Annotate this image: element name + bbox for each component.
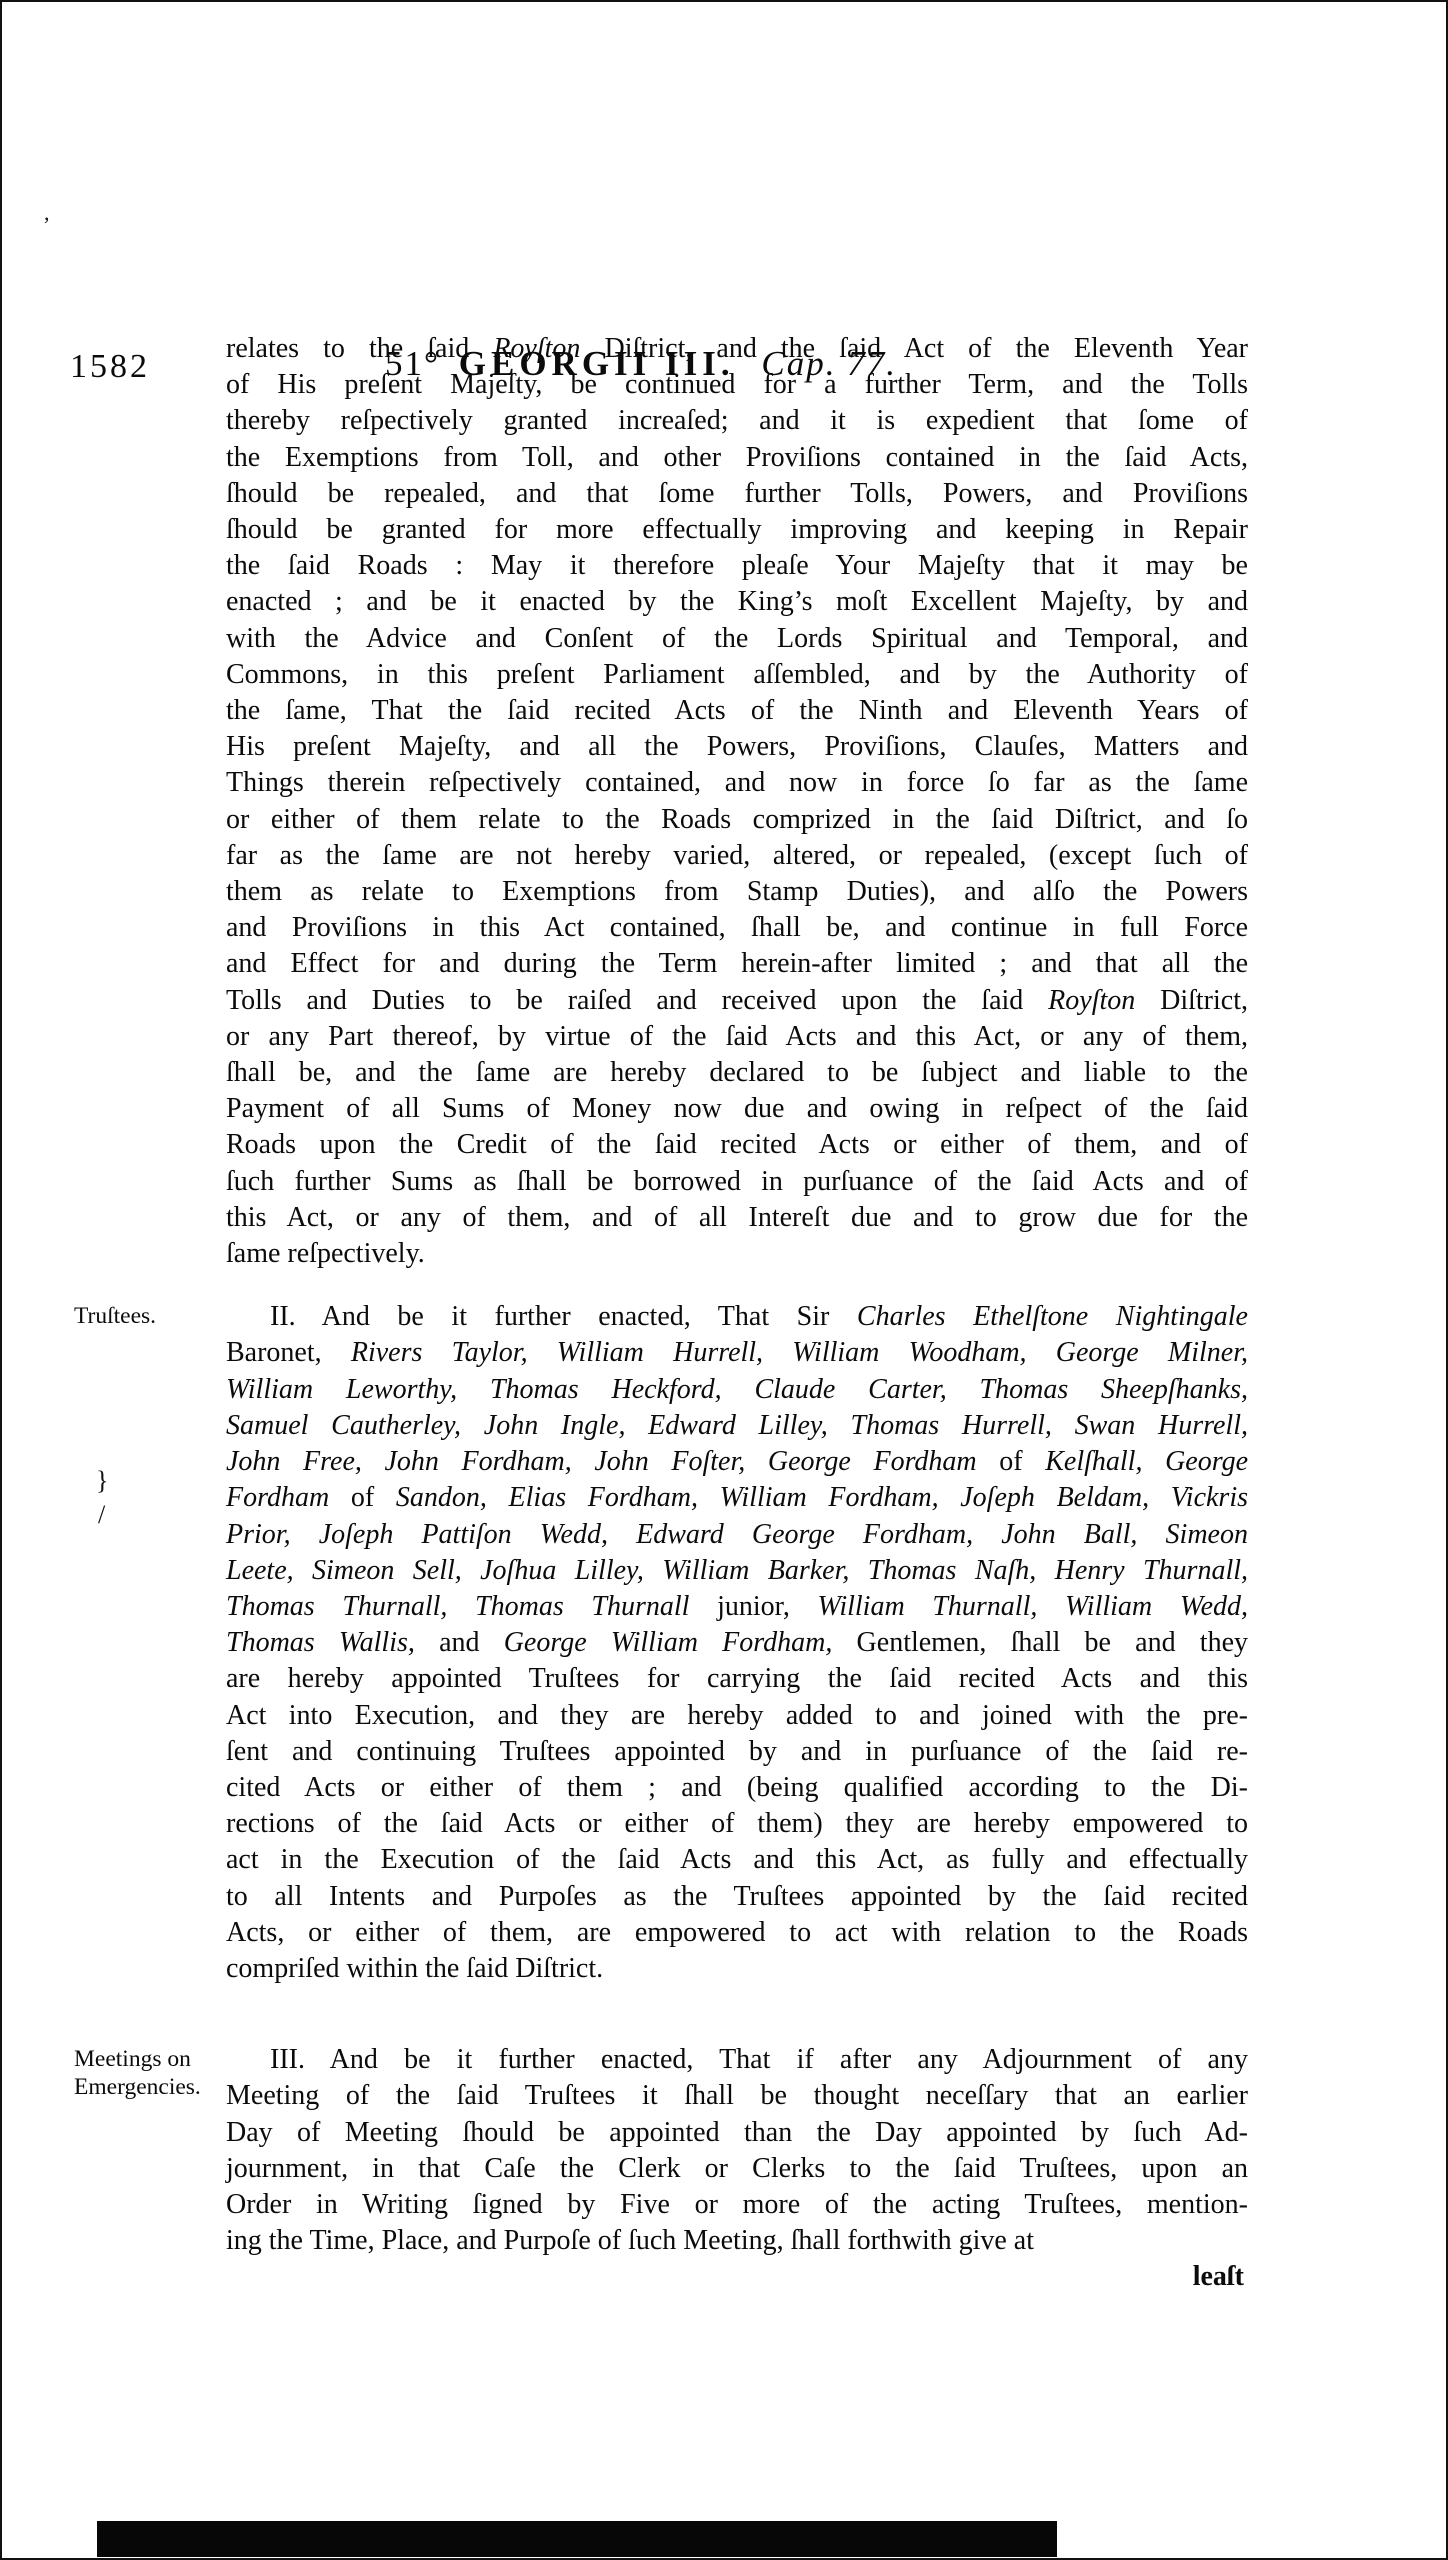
italic-name-text: Leete, Simeon Sell, Joſhua Lilley, Willi… xyxy=(226,1555,1248,1586)
text-line: Fordham of Sandon, Elias Fordham, Willia… xyxy=(226,1480,1248,1516)
italic-name-text: Samuel Cautherley, John Ingle, Edward Li… xyxy=(226,1410,1248,1441)
text-line: journment, in that Caſe the Clerk or Cle… xyxy=(226,2151,1248,2187)
text-line: the ſaid Roads : May it therefore pleaſe… xyxy=(226,548,1248,584)
scan-speck: } xyxy=(96,1466,108,1496)
paragraph-section-continuation: relates to the ſaid Royſton Diſtrict, an… xyxy=(226,331,1248,1272)
body-text: ſhould be granted for more effectually i… xyxy=(226,514,1248,545)
sidenote-section-III-meetings: Meetings onEmergencies. xyxy=(74,2046,216,2101)
text-line: ſame reſpectively. xyxy=(226,1236,1248,1272)
body-text: Roads upon the Credit of the ſaid recite… xyxy=(226,1129,1248,1160)
text-line: with the Advice and Conſent of the Lords… xyxy=(226,621,1248,657)
text-line: Roads upon the Credit of the ſaid recite… xyxy=(226,1127,1248,1163)
catchword: leaſt xyxy=(226,2259,1248,2295)
body-text: or any Part thereof, by virtue of the ſa… xyxy=(226,1021,1248,1052)
body-text: rections of the ſaid Acts or either of t… xyxy=(226,1808,1248,1839)
italic-name-text: Charles Ethelſtone Nightingale xyxy=(857,1301,1248,1332)
text-line: ing the Time, Place, and Purpoſe of ſuch… xyxy=(226,2223,1248,2259)
sidenote-line: Meetings on xyxy=(74,2046,216,2074)
text-line: of His preſent Majeſty, be continued for… xyxy=(226,367,1248,403)
body-text: Things therein reſpectively contained, a… xyxy=(226,767,1248,798)
text-line: Tolls and Duties to be raiſed and receiv… xyxy=(226,983,1248,1019)
body-text: of xyxy=(329,1482,396,1513)
body-text: ſame reſpectively. xyxy=(226,1238,425,1269)
italic-name-text: Royſton xyxy=(493,333,580,364)
text-line: ſhall be, and the ſame are hereby declar… xyxy=(226,1055,1248,1091)
body-text: enacted ; and be it enacted by the King’… xyxy=(226,586,1248,617)
italic-name-text: George William Fordham, xyxy=(504,1627,833,1658)
sidenote-line: Emergencies. xyxy=(74,2074,216,2102)
text-line: or either of them relate to the Roads co… xyxy=(226,802,1248,838)
text-line: Thomas Wallis, and George William Fordha… xyxy=(226,1625,1248,1661)
body-text: junior, xyxy=(689,1591,817,1622)
text-line: thereby reſpectively granted increaſed; … xyxy=(226,403,1248,439)
body-text: His preſent Majeſty, and all the Powers,… xyxy=(226,731,1248,762)
text-line: them as relate to Exemptions from Stamp … xyxy=(226,874,1248,910)
text-line: ſent and continuing Truſtees appointed b… xyxy=(226,1734,1248,1770)
italic-name-text: Rivers Taylor, William Hurrell, William … xyxy=(351,1337,1248,1368)
italic-name-text: William Thurnall, William Wedd, xyxy=(818,1591,1248,1622)
body-text: far as the ſame are not hereby varied, a… xyxy=(226,840,1248,871)
body-text: II. And be it further enacted, That Sir xyxy=(270,1301,857,1332)
italic-name-text: John Free, John Fordham, John Foſter, Ge… xyxy=(226,1446,977,1477)
body-text: Meeting of the ſaid Truſtees it ſhall be… xyxy=(226,2080,1248,2111)
text-line: act in the Execution of the ſaid Acts an… xyxy=(226,1842,1248,1878)
body-text: ſuch further Sums as ſhall be borrowed i… xyxy=(226,1166,1248,1197)
text-line: and Effect for and during the Term herei… xyxy=(226,946,1248,982)
body-text: are hereby appointed Truſtees for carryi… xyxy=(226,1663,1248,1694)
text-line: Order in Writing ſigned by Five or more … xyxy=(226,2187,1248,2223)
body-text: them as relate to Exemptions from Stamp … xyxy=(226,876,1248,907)
scan-speck: , xyxy=(44,200,50,226)
text-line: Act into Execution, and they are hereby … xyxy=(226,1698,1248,1734)
text-line: Prior, Joſeph Pattiſon Wedd, Edward Geor… xyxy=(226,1517,1248,1553)
body-text: relates to the ſaid xyxy=(226,333,493,364)
body-text: Diſtrict, and the ſaid Act of the Eleven… xyxy=(580,333,1248,364)
text-line: cited Acts or either of them ; and (bein… xyxy=(226,1770,1248,1806)
body-text: the ſame, That the ſaid recited Acts of … xyxy=(226,695,1248,726)
italic-name-text: Thomas Thurnall, Thomas Thurnall xyxy=(226,1591,689,1622)
italic-name-text: William Leworthy, Thomas Heckford, Claud… xyxy=(226,1374,1248,1405)
text-line: relates to the ſaid Royſton Diſtrict, an… xyxy=(226,331,1248,367)
text-line: Things therein reſpectively contained, a… xyxy=(226,765,1248,801)
italic-name-text: Sandon, Elias Fordham, William Fordham, … xyxy=(396,1482,1248,1513)
body-text: or either of them relate to the Roads co… xyxy=(226,804,1248,835)
body-text: Payment of all Sums of Money now due and… xyxy=(226,1093,1248,1124)
body-text: ſhall be, and the ſame are hereby declar… xyxy=(226,1057,1248,1088)
body-text: ing the Time, Place, and Purpoſe of ſuch… xyxy=(226,2225,1034,2256)
body-text: thereby reſpectively granted increaſed; … xyxy=(226,405,1248,436)
body-text: ſent and continuing Truſtees appointed b… xyxy=(226,1736,1248,1767)
text-line: to all Intents and Purpoſes as the Truſt… xyxy=(226,1879,1248,1915)
body-text: III. And be it further enacted, That if … xyxy=(270,2044,1248,2075)
text-line: ſhould be granted for more effectually i… xyxy=(226,512,1248,548)
text-line: Samuel Cautherley, John Ingle, Edward Li… xyxy=(226,1408,1248,1444)
text-line: William Leworthy, Thomas Heckford, Claud… xyxy=(226,1372,1248,1408)
text-line: John Free, John Fordham, John Foſter, Ge… xyxy=(226,1444,1248,1480)
paragraph-section-III-meetings: Meetings onEmergencies.III. And be it fu… xyxy=(226,2042,1248,2259)
text-line: II. And be it further enacted, That Sir … xyxy=(226,1299,1248,1335)
text-line: His preſent Majeſty, and all the Powers,… xyxy=(226,729,1248,765)
italic-name-text: Kelſhall, George xyxy=(1045,1446,1248,1477)
body-text: Diſtrict, xyxy=(1135,985,1248,1016)
body-text: this Act, or any of them, and of all Int… xyxy=(226,1202,1248,1233)
text-line: or any Part thereof, by virtue of the ſa… xyxy=(226,1019,1248,1055)
body-text: Day of Meeting ſhould be appointed than … xyxy=(226,2117,1248,2148)
page-number: 1582 xyxy=(70,348,150,386)
body-text: act in the Execution of the ſaid Acts an… xyxy=(226,1844,1248,1875)
body-text: Baronet, xyxy=(226,1337,351,1368)
text-line: Thomas Thurnall, Thomas Thurnall junior,… xyxy=(226,1589,1248,1625)
body-text: of xyxy=(977,1446,1046,1477)
text-line: Baronet, Rivers Taylor, William Hurrell,… xyxy=(226,1335,1248,1371)
italic-name-text: Thomas Wallis, xyxy=(226,1627,415,1658)
text-line: rections of the ſaid Acts or either of t… xyxy=(226,1806,1248,1842)
text-line: Day of Meeting ſhould be appointed than … xyxy=(226,2115,1248,2151)
text-line: the ſame, That the ſaid recited Acts of … xyxy=(226,693,1248,729)
scan-artifact-bar xyxy=(97,2521,1057,2557)
scan-speck: / xyxy=(98,1500,105,1530)
italic-name-text: Royſton xyxy=(1048,985,1135,1016)
text-line: Meeting of the ſaid Truſtees it ſhall be… xyxy=(226,2078,1248,2114)
document-body: relates to the ſaid Royſton Diſtrict, an… xyxy=(226,331,1248,2296)
body-text: Tolls and Duties to be raiſed and receiv… xyxy=(226,985,1048,1016)
sidenote-line: Truſtees. xyxy=(74,1303,216,1331)
body-text: Commons, in this preſent Parliament aſſe… xyxy=(226,659,1248,690)
body-text: of His preſent Majeſty, be continued for… xyxy=(226,369,1248,400)
text-line: are hereby appointed Truſtees for carryi… xyxy=(226,1661,1248,1697)
text-line: III. And be it further enacted, That if … xyxy=(226,2042,1248,2078)
body-text: and Effect for and during the Term herei… xyxy=(226,948,1248,979)
text-line: ſuch further Sums as ſhall be borrowed i… xyxy=(226,1164,1248,1200)
body-text: compriſed within the ſaid Diſtrict. xyxy=(226,1953,603,1984)
sidenote-section-II-trustees: Truſtees. xyxy=(74,1303,216,1331)
text-line: Leete, Simeon Sell, Joſhua Lilley, Willi… xyxy=(226,1553,1248,1589)
paragraph-section-II-trustees: Truſtees.II. And be it further enacted, … xyxy=(226,1299,1248,1987)
text-line: and Proviſions in this Act contained, ſh… xyxy=(226,910,1248,946)
body-text: to all Intents and Purpoſes as the Truſt… xyxy=(226,1881,1248,1912)
italic-name-text: Fordham xyxy=(226,1482,329,1513)
body-text: Acts, or either of them, are empowered t… xyxy=(226,1917,1248,1948)
body-text: the Exemptions from Toll, and other Prov… xyxy=(226,442,1248,473)
body-text: journment, in that Caſe the Clerk or Cle… xyxy=(226,2153,1248,2184)
text-line: Commons, in this preſent Parliament aſſe… xyxy=(226,657,1248,693)
text-line: Acts, or either of them, are empowered t… xyxy=(226,1915,1248,1951)
body-text: Order in Writing ſigned by Five or more … xyxy=(226,2189,1248,2220)
text-line: compriſed within the ſaid Diſtrict. xyxy=(226,1951,1248,1987)
body-text: and xyxy=(415,1627,504,1658)
italic-name-text: Prior, Joſeph Pattiſon Wedd, Edward Geor… xyxy=(226,1519,1248,1550)
text-line: far as the ſame are not hereby varied, a… xyxy=(226,838,1248,874)
text-line: ſhould be repealed, and that ſome furthe… xyxy=(226,476,1248,512)
body-text: and Proviſions in this Act contained, ſh… xyxy=(226,912,1248,943)
body-text: Gentlemen, ſhall be and they xyxy=(832,1627,1248,1658)
body-text: ſhould be repealed, and that ſome furthe… xyxy=(226,478,1248,509)
body-text: cited Acts or either of them ; and (bein… xyxy=(226,1772,1248,1803)
text-line: this Act, or any of them, and of all Int… xyxy=(226,1200,1248,1236)
body-text: the ſaid Roads : May it therefore pleaſe… xyxy=(226,550,1248,581)
body-text: with the Advice and Conſent of the Lords… xyxy=(226,623,1248,654)
text-line: Payment of all Sums of Money now due and… xyxy=(226,1091,1248,1127)
body-text: Act into Execution, and they are hereby … xyxy=(226,1700,1248,1731)
text-line: enacted ; and be it enacted by the King’… xyxy=(226,584,1248,620)
text-line: the Exemptions from Toll, and other Prov… xyxy=(226,440,1248,476)
